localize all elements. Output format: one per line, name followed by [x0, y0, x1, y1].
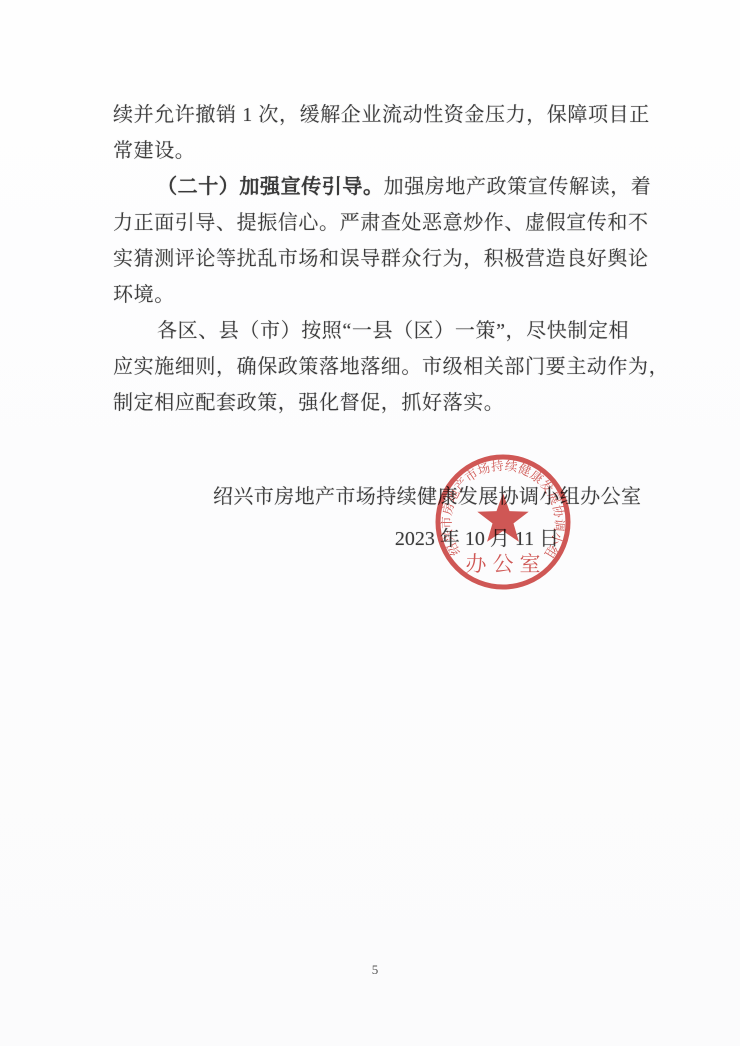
text-line: 环境。 [113, 277, 633, 313]
text-line: 实猜测评论等扰乱市场和误导群众行为，积极营造良好舆论 [113, 241, 633, 277]
text-segment: 制定相应配套政策，强化督促，抓好落实。 [113, 392, 504, 414]
text-line: 各区、县（市）按照“一县（区）一策”，尽快制定相 [113, 313, 633, 349]
text-line: 制定相应配套政策，强化督促，抓好落实。 [113, 385, 633, 421]
page-number: 5 [360, 962, 390, 978]
star-icon [477, 493, 528, 542]
text-segment: 实猜测评论等扰乱市场和误导群众行为，积极营造良好舆论 [113, 248, 649, 270]
text-segment: 各区、县（市）按照“一县（区）一策”，尽快制定相 [157, 320, 629, 342]
text-segment: 续并允许撤销 1 次，缓解企业流动性资金压力，保障项目正 [113, 104, 650, 126]
text-line: 常建设。 [113, 133, 633, 169]
text-block: 续并允许撤销 1 次，缓解企业流动性资金压力，保障项目正常建设。（二十）加强宣传… [113, 97, 633, 421]
text-segment: 环境。 [113, 284, 175, 306]
document-page: 续并允许撤销 1 次，缓解企业流动性资金压力，保障项目正常建设。（二十）加强宣传… [0, 0, 740, 1046]
text-segment: 加强房地产政策宣传解读，着 [384, 176, 652, 198]
text-line: 续并允许撤销 1 次，缓解企业流动性资金压力，保障项目正 [113, 97, 633, 133]
stamp-office-text: 办公室 [466, 552, 547, 576]
text-line: 应实施细则，确保政策落地落细。市级相关部门要主动作为， [113, 349, 633, 385]
text-segment: 常建设。 [113, 140, 195, 162]
official-stamp: 绍兴市房地产市场持续健康发展协调小组 办公室 [418, 437, 588, 607]
text-line: （二十）加强宣传引导。加强房地产政策宣传解读，着 [113, 169, 633, 205]
text-segment: 力正面引导、提振信心。严肃查处恶意炒作、虚假宣传和不 [113, 212, 649, 234]
text-segment: （二十）加强宣传引导。 [157, 176, 384, 198]
text-line: 力正面引导、提振信心。严肃查处恶意炒作、虚假宣传和不 [113, 205, 633, 241]
text-segment: 应实施细则，确保政策落地落细。市级相关部门要主动作为， [113, 356, 669, 378]
